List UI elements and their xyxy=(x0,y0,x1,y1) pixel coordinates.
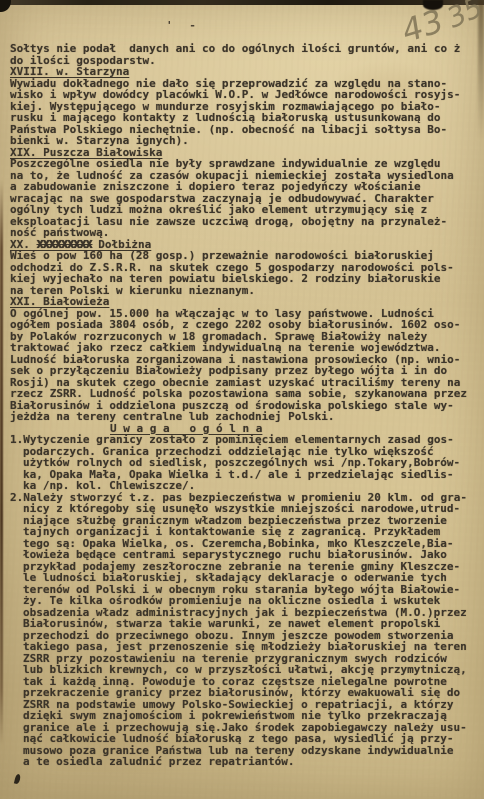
document-line: a zabudowanie zniszczone i dopiero teraz… xyxy=(10,181,482,193)
document-line: łowieża będące centrami separystycznego … xyxy=(23,549,482,561)
document-line: rzecz ZSRR. Ludność polska pozostawiona … xyxy=(10,388,482,400)
document-line: ogółem posiada 3804 osób, z czego 2202 o… xyxy=(10,319,482,331)
document-line: 1.Wytyczenie granicy zostało z pominięci… xyxy=(10,434,482,446)
document-line: Poszczególne osiedla nie były sprawdzane… xyxy=(10,158,482,170)
document-line: przekraczenie granicy przez białorusinów… xyxy=(23,687,482,699)
document-line: wisko i wpływ dowódcy placówki W.O.P. w … xyxy=(10,89,482,101)
section-heading: XXI. Białowieża xyxy=(10,296,482,308)
document-lines: Sołtys nie podał danych ani co do ogólny… xyxy=(10,43,482,768)
document-line: Białorusinów, stwarza takie warunki, ze … xyxy=(23,618,482,630)
document-line: użytków rolnych od siedlisk, poszczególn… xyxy=(23,457,482,469)
document-line: Sołtys nie podał danych ani co do ogólny… xyxy=(10,43,482,55)
document-line: traktować jako rzecz całkiem indywidualn… xyxy=(10,342,482,354)
document-line: dzięki swym znajomościom i pokrewieństwo… xyxy=(23,710,482,722)
document-line: lub blizkich krewnych, co w przyszłości … xyxy=(23,664,482,676)
document-line: a te osiedla zaludnić przez repatriantów… xyxy=(23,756,482,768)
document-line: bienki w. Starzyna ignych). xyxy=(10,135,482,147)
photo-edge-left xyxy=(0,180,3,745)
typed-stray-mark: ' - xyxy=(166,19,201,32)
document-line: tajnych organizacji i kontaktowanie się … xyxy=(23,526,482,538)
document-line: le ludności białoruskiej, składający dek… xyxy=(23,572,482,584)
document-line: ży. Te kilka ośrodków promieniuje na okl… xyxy=(23,595,482,607)
scanned-page: ' - 43 35 Sołtys nie podał danych ani co… xyxy=(0,0,484,799)
document-line: sek o przyłączeniu Białowieży podpisany … xyxy=(10,365,482,377)
photo-edge-top xyxy=(0,0,484,5)
document-line: Wieś o pow 160 ha (28 gosp.) przeważnie … xyxy=(10,250,482,262)
document-line: ogólny tych ludzi można określić jako el… xyxy=(10,204,482,216)
section-heading: XVIII. w. Starzyna xyxy=(10,66,482,78)
document-line: kiej wyjechało na teren powiatu bielskie… xyxy=(10,273,482,285)
document-line: ka /np. kol. Chlewiszcze/. xyxy=(23,480,482,492)
document-line: rusku i mającego kontakty z ludnością bi… xyxy=(10,112,482,124)
photo-edge-corner-left xyxy=(0,0,11,12)
document-line: nicy z któregoby się usunęło wszystkie m… xyxy=(23,503,482,515)
document-line: jeżdża na tereny centralne lub zachodnie… xyxy=(10,411,482,423)
ink-blot xyxy=(14,774,21,785)
document-line: nąć całkowicie ludność białoruską z tego… xyxy=(23,733,482,745)
document-line: takiego pasa, jest przenoszenie się młod… xyxy=(23,641,482,653)
